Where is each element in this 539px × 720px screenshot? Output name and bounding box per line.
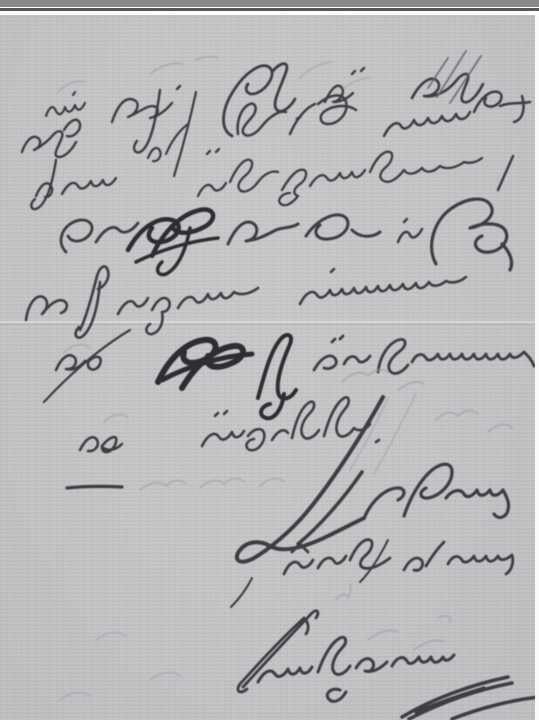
scanned-letter-page: [0, 0, 539, 720]
scan-edge-right: [535, 15, 539, 720]
hw-separator-dash: [67, 486, 122, 488]
handwriting-layer: [0, 0, 539, 720]
